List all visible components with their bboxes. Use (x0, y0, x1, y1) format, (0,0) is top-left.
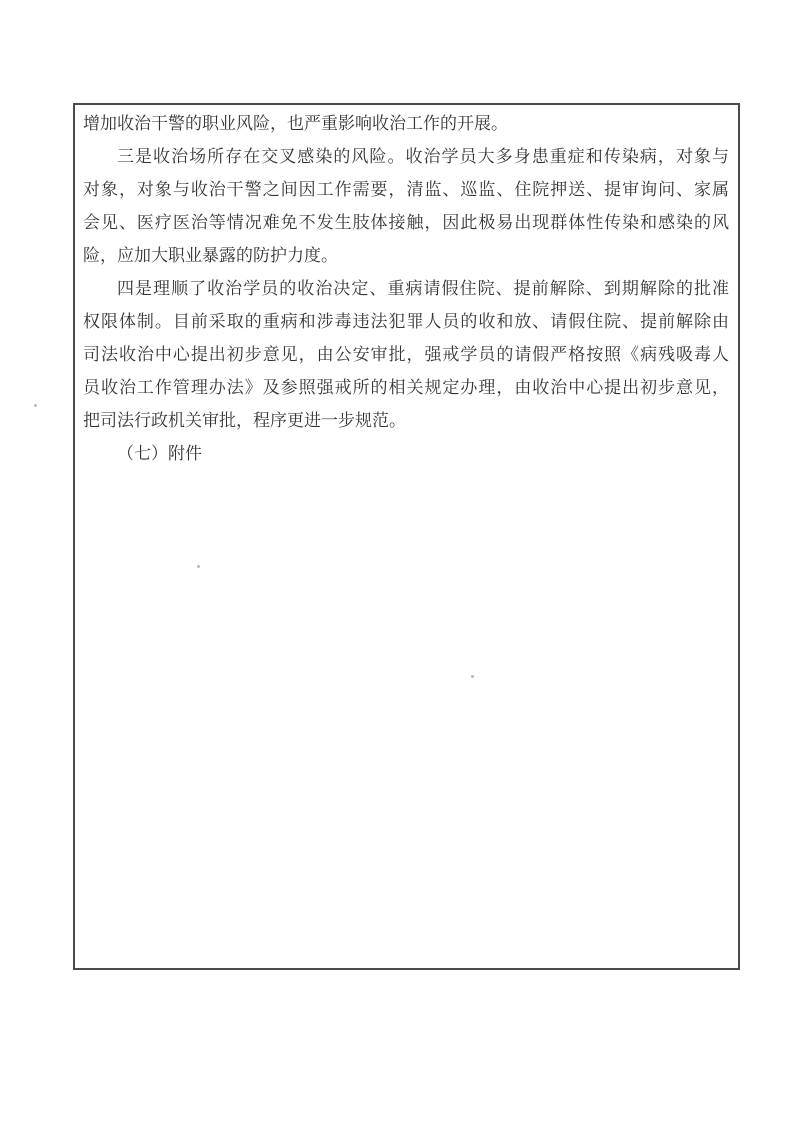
text-line-11: （七）附件 (83, 438, 729, 471)
text-line-5: 险，应加大职业暴露的防护力度。 (83, 240, 729, 273)
text-line-4: 会见、医疗医治等情况难免不发生肢体接触，因此极易出现群体性传染和感染的风 (83, 207, 729, 240)
text-line-8: 司法收治中心提出初步意见，由公安审批，强戒学员的请假严格按照《病残吸毒人 (83, 339, 729, 372)
text-line-6: 四是理顺了收治学员的收治决定、重病请假住院、提前解除、到期解除的批准 (83, 273, 729, 306)
scan-speck (471, 675, 474, 678)
scanned-document-page: 增加收治干警的职业风险，也严重影响收治工作的开展。 三是收治场所存在交叉感染的风… (0, 0, 794, 1122)
text-line-2: 三是收治场所存在交叉感染的风险。收治学员大多身患重症和传染病，对象与 (83, 141, 729, 174)
text-line-9: 员收治工作管理办法》及参照强戒所的相关规定办理，由收治中心提出初步意见， (83, 372, 729, 405)
scan-speck (34, 404, 37, 407)
text-line-7: 权限体制。目前采取的重病和涉毒违法犯罪人员的收和放、请假住院、提前解除由 (83, 306, 729, 339)
text-line-10: 把司法行政机关审批，程序更进一步规范。 (83, 405, 729, 438)
text-line-3: 对象，对象与收治干警之间因工作需要，清监、巡监、住院押送、提审询问、家属 (83, 174, 729, 207)
text-line-1: 增加收治干警的职业风险，也严重影响收治工作的开展。 (83, 108, 729, 141)
document-border-frame: 增加收治干警的职业风险，也严重影响收治工作的开展。 三是收治场所存在交叉感染的风… (73, 103, 740, 970)
scan-speck (197, 565, 200, 568)
